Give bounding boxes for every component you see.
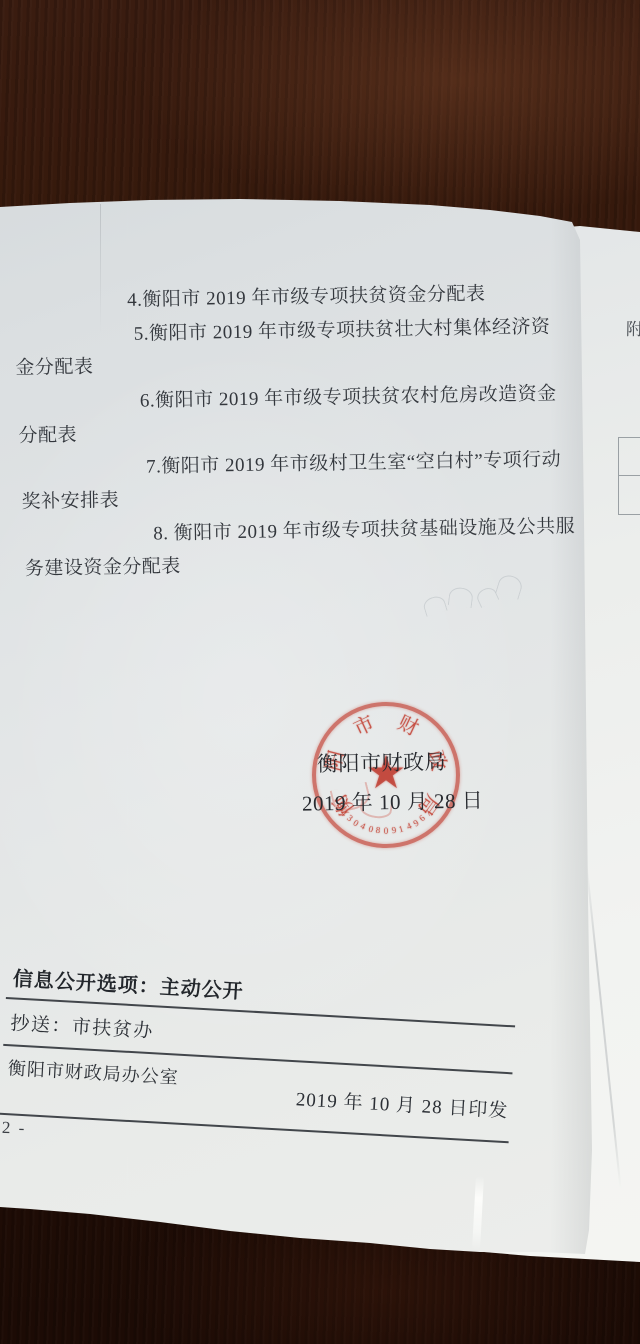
issue-date: 2019 年 10 月 28 日 (302, 784, 484, 817)
attachment-item-5-line2: 金分配表 (15, 351, 93, 379)
attachment-item-6-line1: 6.衡阳市 2019 年市级专项扶贫农村危房改造资金 (140, 378, 557, 412)
attachment-list: 4.衡阳市 2019 年市级专项扶贫资金分配表 5.衡阳市 2019 年市级专项… (0, 0, 640, 702)
attachment-item-7-line1: 7.衡阳市 2019 年市级村卫生室“空白村”专项行动 (146, 444, 562, 478)
issuing-agency-name: 衡阳市财政局 (317, 746, 447, 778)
attachment-item-8-line2: 务建设资金分配表 (25, 551, 181, 581)
page-number: - 2 - (0, 1117, 27, 1138)
attachment-item-8-line1: 8. 衡阳市 2019 年市级专项扶贫基础设施及公共服 (153, 511, 575, 545)
issuing-office: 衡阳市财政局办公室 (7, 1054, 179, 1090)
document-footer: 信息公开选项：主动公开 抄送：市扶贫办 衡阳市财政局办公室 2019 年 10 … (0, 960, 517, 1143)
attachment-item-5-line1: 5.衡阳市 2019 年市级专项扶贫壮大村集体经济资 (134, 311, 551, 345)
print-date: 2019 年 10 月 28 日印发 (295, 1070, 512, 1123)
attachment-item-7-line2: 奖补安排表 (21, 485, 119, 514)
attachment-item-4: 4.衡阳市 2019 年市级专项扶贫资金分配表 (127, 279, 486, 312)
attachment-item-6-line2: 分配表 (18, 420, 77, 448)
photo-of-document: { "list": { "lines": [ "4.衡阳市 2019 年市级专项… (0, 0, 640, 1344)
